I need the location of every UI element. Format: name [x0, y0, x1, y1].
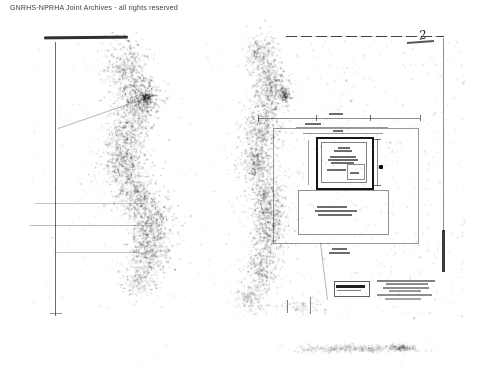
stray-vertical-stroke	[310, 297, 311, 314]
title-block-text-line	[377, 280, 435, 282]
illegible-dimension-label	[329, 113, 343, 115]
top-left-ink-smudge	[44, 36, 128, 40]
ink-blot	[379, 165, 383, 169]
illegible-dimension-label	[305, 123, 321, 125]
illegible-text-line	[315, 210, 357, 212]
stray-slanted-line	[320, 243, 328, 300]
title-block-text-line	[383, 287, 429, 289]
archive-copyright-notice: GNRHS-NPRHA Joint Archives - all rights …	[10, 5, 178, 12]
illegible-caption-line	[329, 252, 350, 254]
title-block-stamp-box	[334, 281, 370, 297]
frame-right-line-heavy	[442, 230, 445, 272]
frame-right-line	[443, 38, 444, 232]
illegible-text-line	[350, 172, 359, 174]
dimension-line-inner	[303, 133, 383, 134]
illegible-text-line	[318, 214, 352, 216]
illegible-text-line	[334, 150, 352, 152]
dimension-line-left-vertical	[308, 140, 309, 185]
shed-outline-rectangle	[298, 190, 389, 235]
faint-rule-2	[30, 225, 152, 226]
sheet-number-underline-smudge	[407, 40, 434, 44]
illegible-text-line	[327, 169, 346, 171]
faint-diagonal-line	[58, 94, 157, 129]
dimension-tick	[370, 115, 371, 121]
illegible-text-line	[317, 206, 347, 208]
title-block-text-line	[385, 298, 421, 300]
dimension-tick	[374, 185, 381, 186]
dimension-tick	[420, 115, 421, 121]
stamp-text-bar	[336, 285, 365, 288]
illegible-text-line	[328, 159, 358, 161]
dimension-line-right-vertical	[377, 139, 378, 186]
dimension-line-mid	[296, 127, 388, 128]
title-block-text-line	[389, 290, 421, 292]
left-border-foot-tick	[50, 313, 62, 314]
illegible-text-line	[330, 156, 356, 158]
scanned-drawing-page: GNRHS-NPRHA Joint Archives - all rights …	[0, 0, 480, 369]
illegible-text-line	[338, 147, 350, 149]
illegible-caption-line	[332, 248, 347, 250]
dimension-tick	[374, 139, 381, 140]
stamp-text-bar	[337, 290, 361, 291]
faint-rule-1	[35, 203, 145, 204]
left-border-line	[55, 42, 56, 316]
title-block-text-line	[386, 283, 428, 285]
title-block-text-line	[377, 294, 432, 296]
dimension-tick	[316, 115, 317, 121]
illegible-dimension-label	[333, 130, 343, 132]
dimension-line-overall	[258, 118, 420, 119]
stray-vertical-stroke	[287, 300, 288, 313]
faint-rule-3	[55, 252, 140, 253]
dimension-tick	[258, 115, 259, 121]
